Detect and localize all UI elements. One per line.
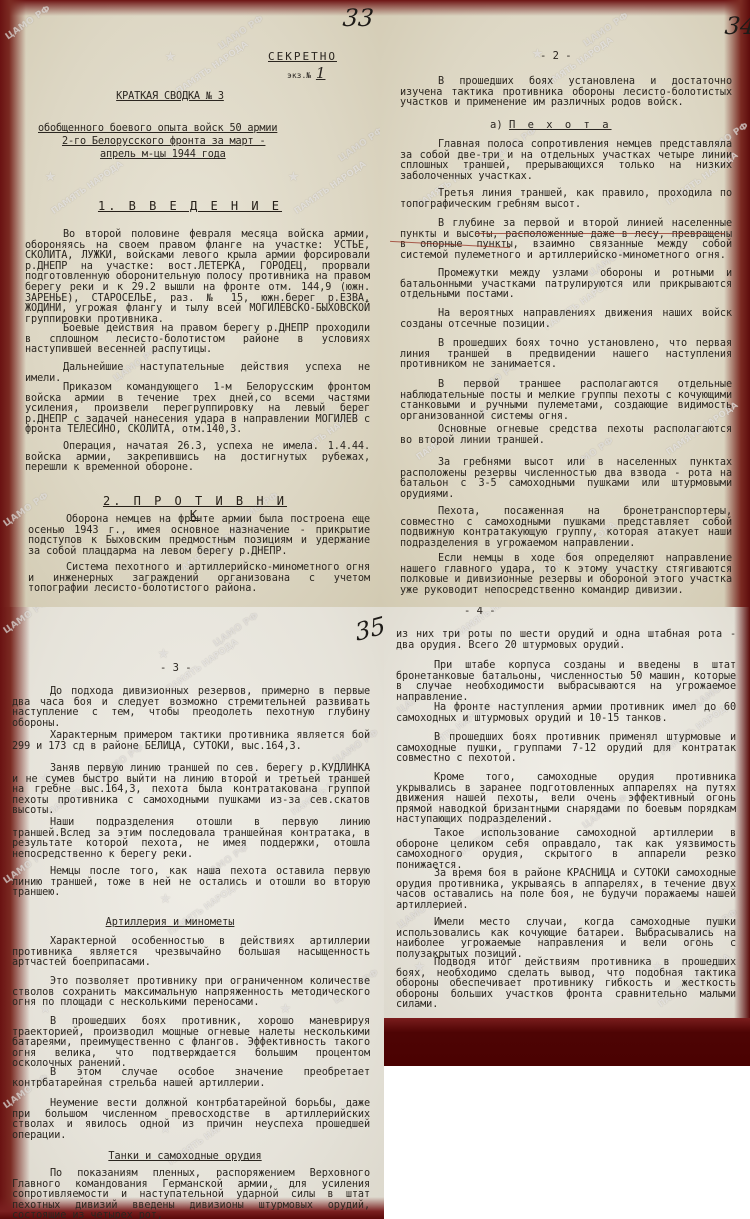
paragraph: В прошедших боях установлена и достаточн…	[400, 77, 732, 109]
paragraph: В прошедших боях противник применял штур…	[396, 733, 736, 765]
watermark-star-icon: ★	[288, 165, 299, 186]
copy-number-value: 1	[316, 64, 326, 82]
paragraph: Пехота, посаженная на бронетранспортеры,…	[400, 507, 732, 549]
paragraph: Основные огневые средства пехоты распола…	[400, 425, 732, 446]
paragraph: Характерным примером тактики противника …	[12, 731, 370, 752]
paragraph: В этом случае особое значение преобретае…	[12, 1068, 370, 1089]
paragraph: За время боя в районе КРАСНИЦА и СУТОКИ …	[396, 869, 736, 911]
copy-label: экз.№	[287, 71, 311, 80]
watermark-star-icon: ★	[158, 642, 169, 663]
paragraph: В глубине за первой и второй линией насе…	[400, 219, 732, 261]
paragraph: Приказом командующего 1-м Белорусским фр…	[25, 383, 370, 436]
watermark-pamyat: ПАМЯТЬ НАРОДА	[175, 40, 250, 96]
document-page-4: ПАМЯТЬ НАРОДА ЦАМО РФ ЦАМО РФ ПАМЯТЬ НАР…	[384, 607, 750, 1025]
section-heading: 1. В В Е Д Е Н И Е	[90, 199, 290, 213]
subsection-heading: Танки и самоходные орудия	[95, 1151, 275, 1162]
paragraph: Третья линия траншей, как правило, прохо…	[400, 189, 732, 210]
paragraph: Промежутки между узлами обороны и ротным…	[400, 269, 732, 301]
paragraph: Во второй половине февраля месяца войска…	[25, 230, 370, 325]
document-subtitle-line: 2-го Белорусского фронта за март -	[62, 137, 265, 148]
paragraph: По показаниям пленных, распоряжением Вер…	[12, 1169, 370, 1219]
paragraph: Имели место случаи, когда самоходные пуш…	[396, 918, 736, 960]
document-page-2: ЦАМО РФ ЦАМО РФ ЦАМО РФ ★ ПАМЯТЬ НАРОДА …	[380, 0, 750, 607]
paragraph: В прошедших боях противник, хорошо манев…	[12, 1017, 370, 1070]
subsection-heading: Артиллерия и минометы	[95, 917, 245, 928]
page-number: - 4 -	[464, 607, 496, 617]
frame-edge	[380, 0, 750, 16]
paragraph: Подводя итог действиям противника в прош…	[396, 958, 736, 1011]
page-number: - 2 -	[540, 50, 572, 62]
subsection-label: а)	[490, 119, 503, 131]
paragraph: Оборона немцев на фронте армии была пост…	[28, 515, 370, 557]
frame-edge	[734, 607, 750, 1019]
paragraph: В первой траншее располагаются отдельные…	[400, 380, 732, 422]
frame-edge	[0, 0, 380, 16]
watermark-star-icon: ★	[45, 165, 56, 186]
page-number: - 3 -	[160, 662, 192, 674]
paragraph: из них три роты по шести орудий и одна ш…	[396, 630, 736, 651]
paragraph: В прошедших боях точно установлено, что …	[400, 339, 732, 371]
frame-bottom-band	[384, 1018, 750, 1066]
paragraph: Главная полоса сопротивления немцев пред…	[400, 140, 732, 182]
document-subtitle-line: обобщенного боевого опыта войск 50 армии	[38, 124, 277, 135]
folio-number: 35	[353, 611, 384, 647]
paragraph: Заняв первую линию траншей по сев. берег…	[12, 764, 370, 817]
classification-stamp: СЕКРЕТНО	[268, 52, 337, 63]
document-page-3: ЦАМО РФ ЦАМО РФ ★ ПАМЯТЬ НАРОДА ЦАМО РФ …	[0, 607, 384, 1219]
copy-number: экз.№ 1	[287, 64, 325, 82]
paragraph: На фронте наступления армии противник им…	[396, 703, 736, 724]
paragraph: На вероятных направлениях движения наших…	[400, 309, 732, 330]
paragraph: Характерной особенностью в действиях арт…	[12, 937, 370, 969]
watermark-tsamo: ЦАМО РФ	[337, 126, 380, 164]
folio-number: 34	[724, 12, 750, 40]
paragraph: Это позволяет противнику при ограниченно…	[12, 977, 370, 1009]
subsection-title: П е х о т а	[509, 119, 612, 131]
paragraph: Немцы после того, как наша пехота остави…	[12, 867, 370, 899]
paragraph: При штабе корпуса созданы и введены в шт…	[396, 661, 736, 703]
paragraph: Система пехотного и артиллерийско-миноме…	[28, 563, 370, 595]
watermark-pamyat: ПАМЯТЬ НАРОДА	[293, 160, 368, 216]
paragraph: Такое использование самоходной артиллери…	[396, 829, 736, 871]
document-subtitle-line: апрель м-цы 1944 года	[100, 150, 226, 161]
paragraph: Боевые действия на правом берегу р.ДНЕПР…	[25, 324, 370, 356]
document-title: КРАТКАЯ СВОДКА № 3	[105, 92, 235, 103]
folio-number: 33	[342, 4, 375, 32]
paragraph: За гребнями высот или в населенных пункт…	[400, 458, 732, 500]
paragraph: Дальнейшие наступательные действия успех…	[25, 363, 370, 384]
paragraph: До подхода дивизионных резервов, примерн…	[12, 687, 370, 729]
paragraph: Операция, начатая 26.3, успеха не имела.…	[25, 442, 370, 474]
paragraph: Неумение вести должной контрбатарейной б…	[12, 1099, 370, 1141]
paragraph: Если немцы в ходе боя определяют направл…	[400, 554, 732, 596]
document-page-1: ЦАМО РФ ЦАМО РФ ЦАМО РФ ★ ПАМЯТЬ НАРОДА …	[0, 0, 380, 607]
pencil-underline	[475, 233, 725, 234]
subsection-heading: а) П е х о т а	[490, 119, 612, 131]
watermark-star-icon: ★	[165, 45, 176, 66]
paragraph: Наши подразделения отошли в первую линию…	[12, 818, 370, 860]
paragraph: Кроме того, самоходные орудия противника…	[396, 773, 736, 826]
